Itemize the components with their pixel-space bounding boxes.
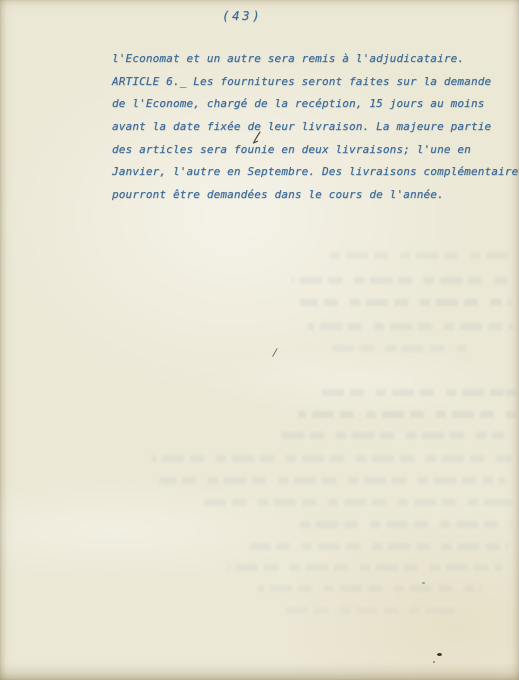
paper-speck [422,582,425,584]
typed-line: Janvier, l'autre en Septembre. Des livra… [112,161,519,184]
handwritten-insertion-mark-icon [250,130,263,149]
typed-line: l'Economat et un autre sera remis à l'ad… [112,48,519,71]
paper-speck [437,653,442,656]
typed-line: pourront être demandées dans le cours de… [112,184,519,207]
typed-line: des articles sera founie en deux livrais… [112,139,519,162]
scanned-document-page: (43) l'Economat et un autre sera remis à… [0,0,519,680]
typed-line: avant la date fixée de leur livraison. L… [112,116,519,139]
handwritten-slash-mark: / [272,346,278,359]
page-number: (43) [222,8,262,23]
typed-paragraph: l'Economat et un autre sera remis à l'ad… [112,48,519,206]
paper-speck [433,661,435,663]
typed-line: ARTICLE 6._ Les fournitures seront faite… [112,71,519,94]
typed-line: de l'Econome, chargé de la recéption, 15… [112,93,519,116]
